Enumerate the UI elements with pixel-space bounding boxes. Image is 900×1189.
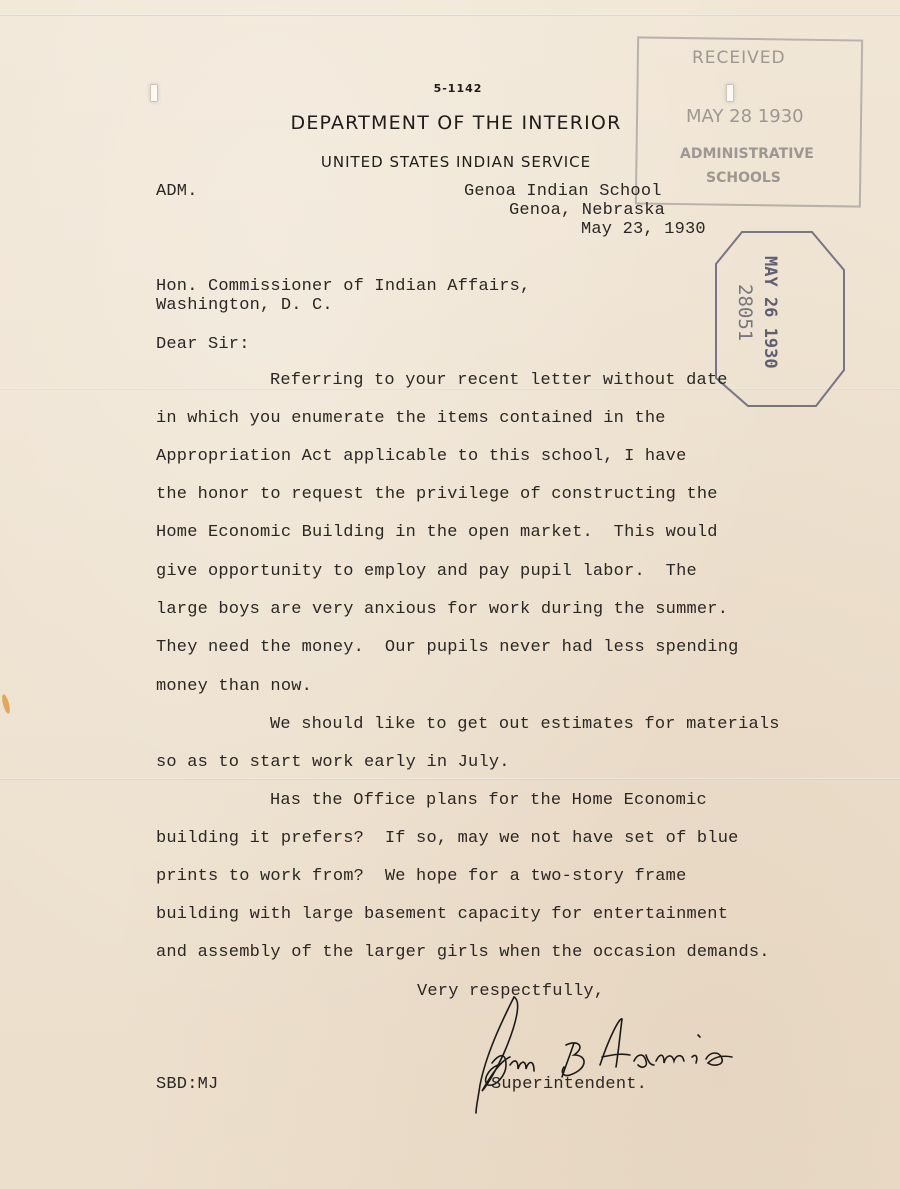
received-stamp-line2: SCHOOLS (706, 170, 781, 186)
handwritten-signature (470, 995, 800, 1120)
salutation: Dear Sir: (156, 335, 250, 354)
received-stamp-date: MAY 28 1930 (686, 106, 804, 127)
body-line: Home Economic Building in the open marke… (156, 523, 718, 542)
file-code: ADM. (156, 182, 198, 201)
body-line: building it prefers? If so, may we not h… (156, 829, 739, 848)
body-line: large boys are very anxious for work dur… (156, 600, 728, 619)
body-line: and assembly of the larger girls when th… (156, 943, 770, 962)
body-line: We should like to get out estimates for … (270, 715, 780, 734)
office-stamp-date: MAY 26 1930 (760, 256, 780, 369)
recipient-location: Washington, D. C. (156, 296, 333, 315)
received-stamp-line1: ADMINISTRATIVE (680, 146, 814, 162)
body-line: Referring to your recent letter without … (270, 371, 728, 390)
signature-icon (470, 995, 800, 1115)
octagon-stamp-border (712, 230, 852, 410)
paper-stain (1, 694, 12, 715)
letter-page: 5-1142 DEPARTMENT OF THE INTERIOR UNITED… (0, 0, 900, 1189)
body-line: building with large basement capacity fo… (156, 905, 728, 924)
sender-location: Genoa, Nebraska (509, 201, 665, 220)
office-stamp-number: 28051 (734, 284, 756, 341)
received-stamp-title: RECEIVED (692, 48, 786, 68)
body-line: the honor to request the privilege of co… (156, 485, 718, 504)
recipient-name: Hon. Commissioner of Indian Affairs, (156, 277, 530, 296)
body-line: Appropriation Act applicable to this sch… (156, 447, 687, 466)
body-line: They need the money. Our pupils never ha… (156, 638, 739, 657)
signature-title: Superintendent. (491, 1075, 647, 1094)
paper-fold (0, 14, 900, 16)
letter-date: May 23, 1930 (581, 220, 706, 239)
body-line: prints to work from? We hope for a two-s… (156, 867, 687, 886)
sender-school: Genoa Indian School (464, 182, 662, 201)
body-line: in which you enumerate the items contain… (156, 409, 666, 428)
body-line: money than now. (156, 677, 312, 696)
typist-initials: SBD:MJ (156, 1075, 218, 1094)
office-stamp: MAY 26 1930 28051 (712, 230, 844, 402)
paper-fold (0, 778, 900, 780)
body-line: Has the Office plans for the Home Econom… (270, 791, 707, 810)
body-line: so as to start work early in July. (156, 753, 510, 772)
body-line: give opportunity to employ and pay pupil… (156, 562, 697, 581)
